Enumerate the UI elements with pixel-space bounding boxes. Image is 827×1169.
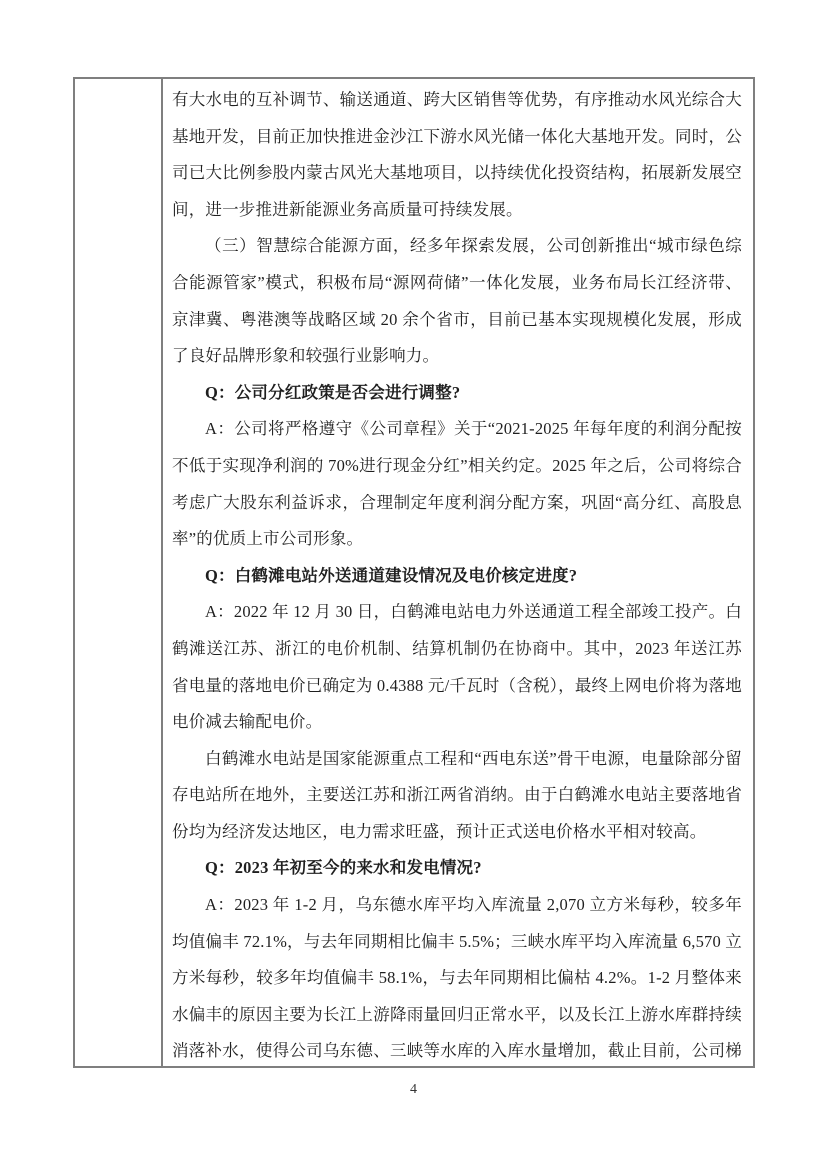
answer-water-inflow: A：2023 年 1-2 月，乌东德水库平均入库流量 2,070 立方米每秒，较…: [172, 887, 742, 1066]
paragraph-continuation: 有大水电的互补调节、输送通道、跨大区销售等优势，有序推动水风光综合大基地开发，目…: [172, 82, 742, 228]
question-water-inflow: Q：2023 年初至今的来水和发电情况?: [172, 850, 742, 887]
paragraph-baihetan-info: 白鹤滩水电站是国家能源重点工程和“西电东送”骨干电源，电量除部分留存电站所在地外…: [172, 741, 742, 851]
table-left-cell: [75, 79, 163, 1066]
answer-baihetan-transmission: A：2022 年 12 月 30 日，白鹤滩电站电力外送通道工程全部竣工投产。白…: [172, 594, 742, 740]
paragraph-smart-energy: （三）智慧综合能源方面，经多年探索发展，公司创新推出“城市绿色综合能源管家”模式…: [172, 228, 742, 374]
answer-dividend-policy: A：公司将严格遵守《公司章程》关于“2021-2025 年每年度的利润分配按不低…: [172, 411, 742, 557]
table-content-cell: 有大水电的互补调节、输送通道、跨大区销售等优势，有序推动水风光综合大基地开发，目…: [163, 79, 753, 1066]
qa-table: 有大水电的互补调节、输送通道、跨大区销售等优势，有序推动水风光综合大基地开发，目…: [73, 77, 755, 1068]
question-baihetan-transmission: Q：白鹤滩电站外送通道建设情况及电价核定进度?: [172, 558, 742, 595]
question-dividend-policy: Q：公司分红政策是否会进行调整?: [172, 375, 742, 412]
page-number: 4: [0, 1082, 827, 1098]
document-page: 有大水电的互补调节、输送通道、跨大区销售等优势，有序推动水风光综合大基地开发，目…: [0, 0, 827, 1169]
